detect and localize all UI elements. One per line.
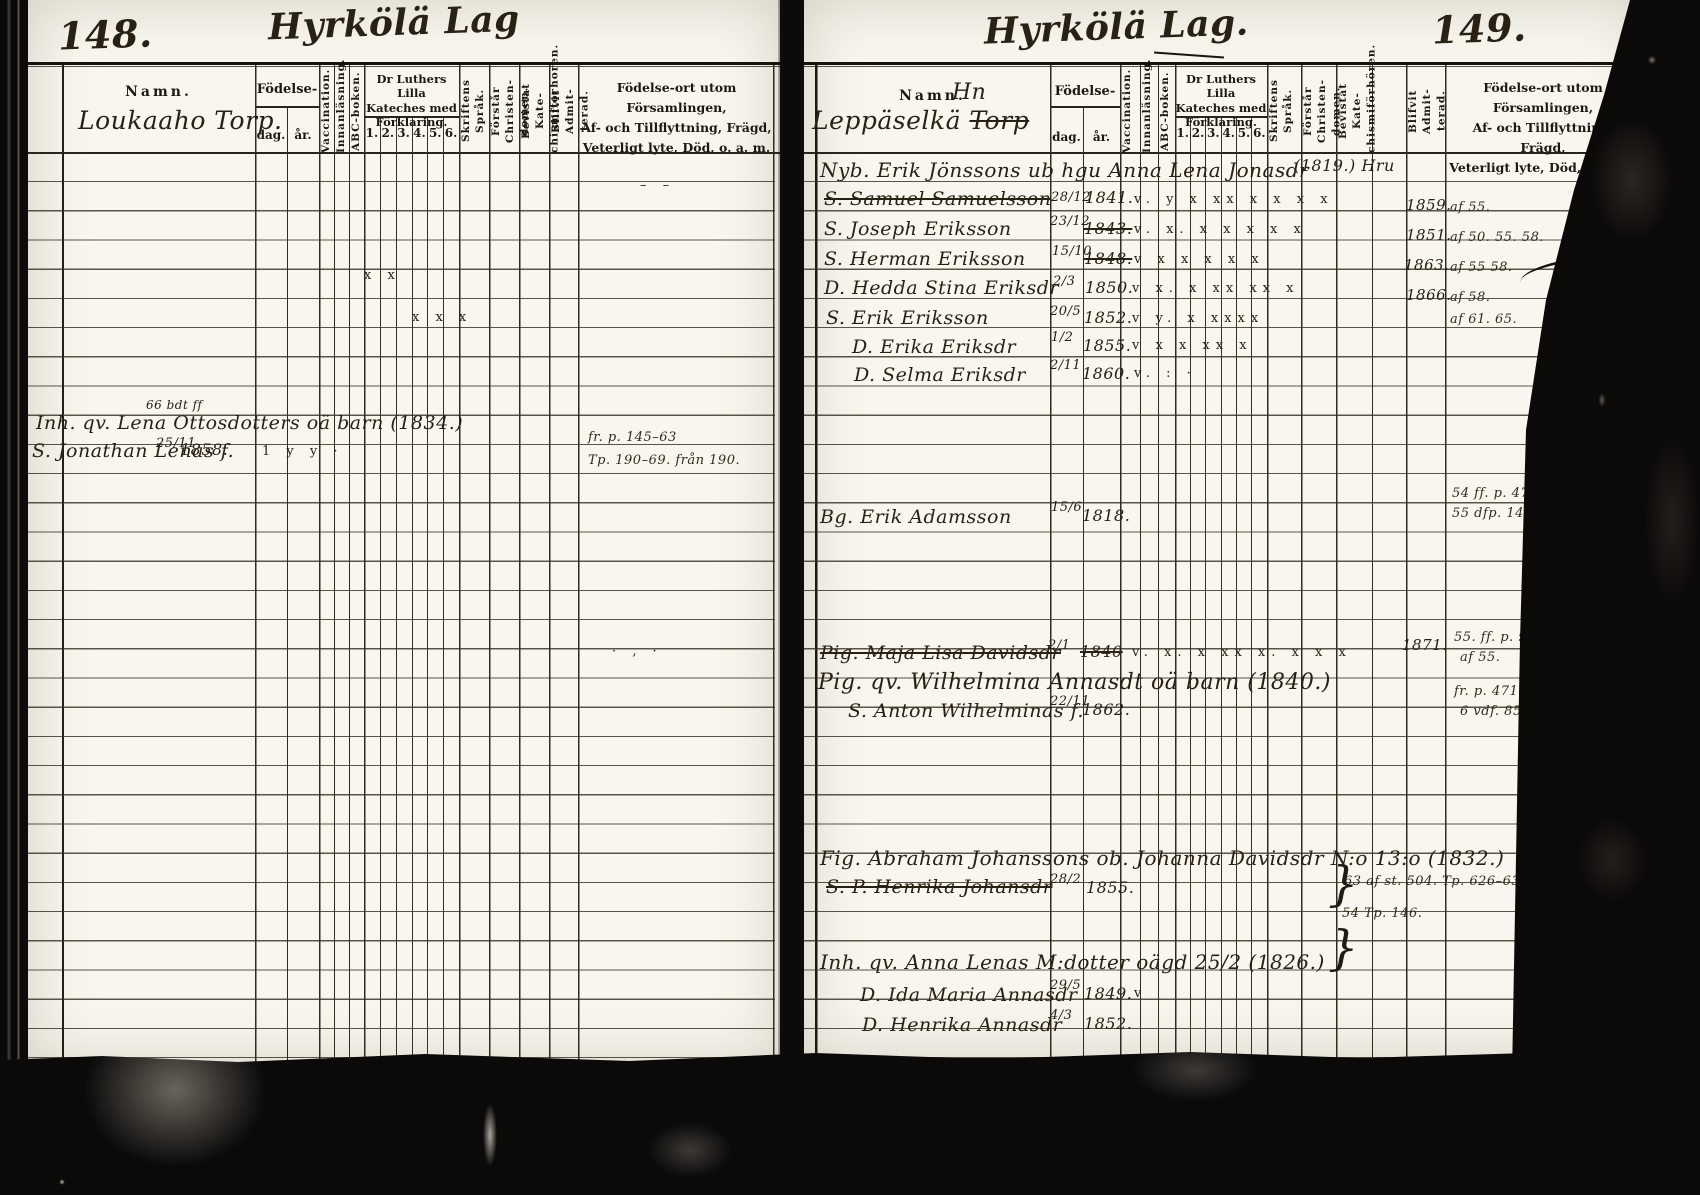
entry-note: af 55. bbox=[1460, 650, 1500, 665]
page-number: 148. bbox=[57, 10, 153, 58]
entry-name: S. Erik Eriksson bbox=[826, 307, 989, 329]
entry-name: Inh. qv. Lena Ottosdotters oä barn (1834… bbox=[36, 412, 463, 434]
entry-note: af 55 58. bbox=[1450, 260, 1513, 275]
column-header-birth: Födelse- bbox=[1050, 84, 1120, 99]
grade-3: 3. bbox=[1207, 126, 1220, 140]
entry-name: D. Henrika Annasdr bbox=[862, 1014, 1062, 1036]
grade-1: 1. bbox=[366, 126, 379, 140]
comprehension-line1: Förstår Christen- bbox=[1301, 69, 1329, 153]
entry-note: 63 af st. 504. Tp. 626–63. bbox=[1344, 874, 1525, 889]
entry-name: Pig. qv. Wilhelmina Annasdt oä barn (184… bbox=[818, 670, 1331, 695]
stray-mark: x x bbox=[364, 268, 401, 283]
column-header-vaccination: Vaccination. bbox=[319, 69, 334, 153]
admission-line2: terad. bbox=[1434, 69, 1448, 153]
attendance-line1: Bevistat Kate- bbox=[519, 69, 547, 153]
entry-birth-year: 1843. bbox=[1084, 219, 1132, 238]
entry-birth-day: 1/2 bbox=[1051, 330, 1073, 345]
book-gutter bbox=[778, 0, 806, 1075]
grade-5: 5. bbox=[429, 126, 442, 140]
catechism-grade-numbers: 1.2.3.4.5.6. bbox=[364, 126, 459, 140]
stray-brace: } bbox=[1328, 856, 1359, 912]
entry-birth-day: 2/11 bbox=[1050, 358, 1081, 373]
title-underline bbox=[1154, 52, 1224, 59]
column-header-name: Namn. bbox=[62, 84, 255, 100]
column-header-birth: Födelse- bbox=[255, 82, 319, 97]
entry-admitted-year: 1866. bbox=[1406, 286, 1451, 304]
grade-2: 2. bbox=[1192, 126, 1205, 140]
entry-name: S. Samuel Samuelsson bbox=[824, 188, 1051, 210]
entry-birth-year: 1848. bbox=[1084, 249, 1132, 268]
entry-birth-year: 1818. bbox=[1082, 506, 1130, 525]
notes-line3: Veterligt lyte, Död, o. a. m. bbox=[578, 138, 775, 158]
scan-dark-edge-bottom bbox=[0, 1050, 1700, 1195]
scripture-line1: Skriftens bbox=[459, 69, 473, 153]
entry-birth-year: 1860. bbox=[1082, 364, 1130, 383]
grade-6: 6. bbox=[1253, 126, 1266, 140]
entry-admitted-year: 1851. bbox=[1406, 226, 1451, 244]
entry-name: Bg. Erik Adamsson bbox=[820, 506, 1012, 528]
entry-admitted-year: 1859. bbox=[1406, 196, 1451, 214]
scanned-parish-register-spread: 148. Hyrkölä Lag Namn. Födelse- dag. år.… bbox=[0, 0, 1700, 1195]
column-header-abc-book: ABC-boken. bbox=[349, 69, 364, 153]
stray-mark: x x x bbox=[412, 310, 472, 325]
entry-birth-year: 1862. bbox=[1082, 700, 1130, 719]
entry-name: Pig. Maja Lisa Davidsdr bbox=[820, 642, 1061, 664]
column-header-catechism: Dr Luthers Lilla Kateches med Förklaring… bbox=[364, 72, 459, 130]
entry-note: af 61. 65. bbox=[1450, 312, 1517, 327]
column-header-notes: Födelse-ort utom Församlingen, Af- och T… bbox=[578, 78, 775, 158]
entry-note: Tp. 190–69. från 190. bbox=[588, 453, 740, 468]
grade-5: 5. bbox=[1238, 126, 1251, 140]
entry-marks: v x x x x x bbox=[1134, 252, 1265, 267]
admission-line1: Blifvit Admit- bbox=[549, 69, 577, 153]
entry-note: fr. p. 145–63 bbox=[588, 430, 677, 445]
stray-mark: · ‚ · bbox=[612, 644, 663, 659]
entry-name: Nyb. Erik Jönssons ub hgu Anna Lena Jona… bbox=[820, 158, 1309, 182]
entry-birth-year: 1850. bbox=[1085, 278, 1133, 297]
entry-birth-day: 2/3 bbox=[1053, 274, 1075, 289]
entry-admitted-year: 1871. bbox=[1402, 636, 1447, 654]
estate-annotation: Hn bbox=[952, 80, 986, 105]
entry-note: (1819.) Hru bbox=[1294, 156, 1395, 175]
column-header-scripture: Skriftens Språk. bbox=[459, 69, 489, 153]
column-header-catechism: Dr Luthers Lilla Kateches med Förklaring… bbox=[1175, 72, 1267, 130]
column-header-comprehension: Förstår Christen- domen. bbox=[489, 69, 519, 153]
entry-name: D. Hedda Stina Eriksdr bbox=[824, 277, 1059, 299]
column-header-birth-year: år. bbox=[287, 128, 319, 142]
ruled-lines bbox=[28, 153, 775, 1060]
estate-name-struck: Torp bbox=[969, 106, 1029, 135]
entry-note: af 50. 55. 58. bbox=[1450, 230, 1544, 245]
entry-birth-day: 29/5 bbox=[1050, 978, 1081, 993]
column-header-birth-day: dag. bbox=[1050, 130, 1083, 144]
column-header-vaccination: Vaccination. bbox=[1120, 69, 1140, 153]
entry-birth-year: 1855. bbox=[1086, 878, 1134, 897]
entry-birth-day: 2/1 bbox=[1048, 638, 1070, 653]
entry-birth-year: 1852. bbox=[1084, 308, 1132, 327]
estate-name: Loukaaho Torp. bbox=[78, 106, 283, 135]
entry-note: af 55. bbox=[1450, 200, 1490, 215]
entry-superscript: 66 bdt ff bbox=[146, 398, 202, 412]
left-page: 148. Hyrkölä Lag Namn. Födelse- dag. år.… bbox=[28, 0, 780, 1064]
stray-mark: – – bbox=[640, 178, 675, 193]
page-title: Hyrkölä Lag bbox=[267, 0, 520, 48]
entry-birth-year: 1852. bbox=[1084, 1014, 1132, 1033]
scripture-line2: Språk. bbox=[473, 69, 487, 153]
grade-4: 4. bbox=[413, 126, 426, 140]
attendance-line2: chismiförhören. bbox=[1364, 69, 1378, 153]
catechism-line2: Kateches med bbox=[364, 101, 459, 115]
entry-name: D. Selma Eriksdr bbox=[854, 364, 1026, 386]
column-header-scripture: Skriftens Språk. bbox=[1267, 69, 1301, 153]
scripture-line1: Skriftens bbox=[1267, 69, 1281, 153]
column-header-reading: Innanläsning. bbox=[334, 69, 349, 153]
estate-name-text: Leppäselkä bbox=[812, 106, 961, 135]
entry-name: S. Anton Wilhelminas f. bbox=[848, 700, 1084, 722]
entry-note: af 58. bbox=[1450, 290, 1490, 305]
column-header-abc-book: ABC-boken. bbox=[1158, 69, 1175, 153]
entry-marks: v. x. x xx x. x x x bbox=[1132, 645, 1352, 660]
entry-birth-year: 1855. bbox=[1083, 336, 1131, 355]
entry-marks: v y. x xxxx bbox=[1132, 311, 1264, 326]
entry-name: D. Ida Maria Annasdr bbox=[860, 984, 1078, 1006]
notes-line1: Födelse-ort utom Församlingen, bbox=[578, 78, 775, 118]
catechism-line2: Kateches med bbox=[1175, 101, 1267, 115]
scripture-line2: Språk. bbox=[1281, 69, 1295, 153]
entry-birth-day: 4/3 bbox=[1050, 1008, 1072, 1023]
column-header-name: Namn. bbox=[815, 88, 1050, 104]
entry-birth-year: 1849. bbox=[1084, 984, 1132, 1003]
entry-marks: v x. x xx xx x bbox=[1132, 281, 1299, 296]
entry-marks: v. : · bbox=[1134, 366, 1197, 381]
entry-birth-year: 1841. bbox=[1085, 188, 1133, 207]
entry-marks: v x x xx x bbox=[1132, 338, 1253, 353]
entry-birth-year: 1858. bbox=[180, 440, 228, 459]
page-number: 149. bbox=[1431, 4, 1527, 52]
entry-birth-day: 28/2 bbox=[1050, 872, 1081, 887]
estate-name: Leppäselkä Torp bbox=[812, 106, 1029, 135]
entry-name: S. Joseph Eriksson bbox=[824, 218, 1012, 240]
entry-marks: v. x. x x x x x bbox=[1134, 222, 1307, 237]
grade-3: 3. bbox=[397, 126, 410, 140]
column-header-comprehension: Förstår Christen- domen. bbox=[1301, 69, 1336, 153]
comprehension-line1: Förstår Christen- bbox=[489, 69, 517, 153]
admission-line1: Blifvit Admit- bbox=[1406, 69, 1434, 153]
book-binding-left bbox=[0, 0, 28, 1195]
entry-birth-day: 20/5 bbox=[1050, 304, 1081, 319]
entry-name: S. P. Henrika Johansdr bbox=[826, 876, 1052, 898]
catechism-grade-numbers: 1.2.3.4.5.6. bbox=[1175, 126, 1267, 140]
entry-marks: 1 y y · bbox=[262, 444, 344, 459]
column-header-attendance: Bevistat Kate- chismiförhören. bbox=[1336, 69, 1406, 153]
entry-name: D. Erika Eriksdr bbox=[852, 336, 1016, 358]
column-header-attendance: Bevistat Kate- chismiförhören. bbox=[519, 69, 549, 153]
grade-6: 6. bbox=[445, 126, 458, 140]
entry-admitted-year: 1863. bbox=[1404, 256, 1449, 274]
entry-name: Inh. qv. Anna Lenas M:dotter oägd 25/2 (… bbox=[820, 950, 1325, 974]
column-header-admission: Blifvit Admit- terad. bbox=[1406, 69, 1445, 153]
column-header-reading: Innanläsning. bbox=[1140, 69, 1158, 153]
catechism-line1: Dr Luthers Lilla bbox=[364, 72, 459, 101]
column-header-birth-year: år. bbox=[1083, 130, 1120, 144]
entry-name: S. Herman Eriksson bbox=[824, 248, 1026, 270]
grade-2: 2. bbox=[381, 126, 394, 140]
stray-brace: } bbox=[1328, 920, 1359, 976]
entry-marks: v. y x xx x x x x bbox=[1134, 192, 1334, 207]
page-title: Hyrkölä Lag. bbox=[983, 1, 1249, 52]
column-header-admission: Blifvit Admit- terad. bbox=[549, 69, 578, 153]
notes-line2: Af- och Tillflyttning, Frägd, bbox=[578, 118, 775, 138]
entry-marks: v bbox=[1134, 986, 1147, 1001]
grade-4: 4. bbox=[1222, 126, 1235, 140]
entry-birth-day: 15/6 bbox=[1051, 500, 1082, 515]
catechism-line1: Dr Luthers Lilla bbox=[1175, 72, 1267, 101]
entry-name: Fig. Abraham Johanssons ob. Johanna Davi… bbox=[820, 846, 1504, 870]
entry-birth-year: 1840 bbox=[1080, 642, 1123, 661]
attendance-line1: Bevistat Kate- bbox=[1336, 69, 1364, 153]
grade-1: 1. bbox=[1176, 126, 1189, 140]
